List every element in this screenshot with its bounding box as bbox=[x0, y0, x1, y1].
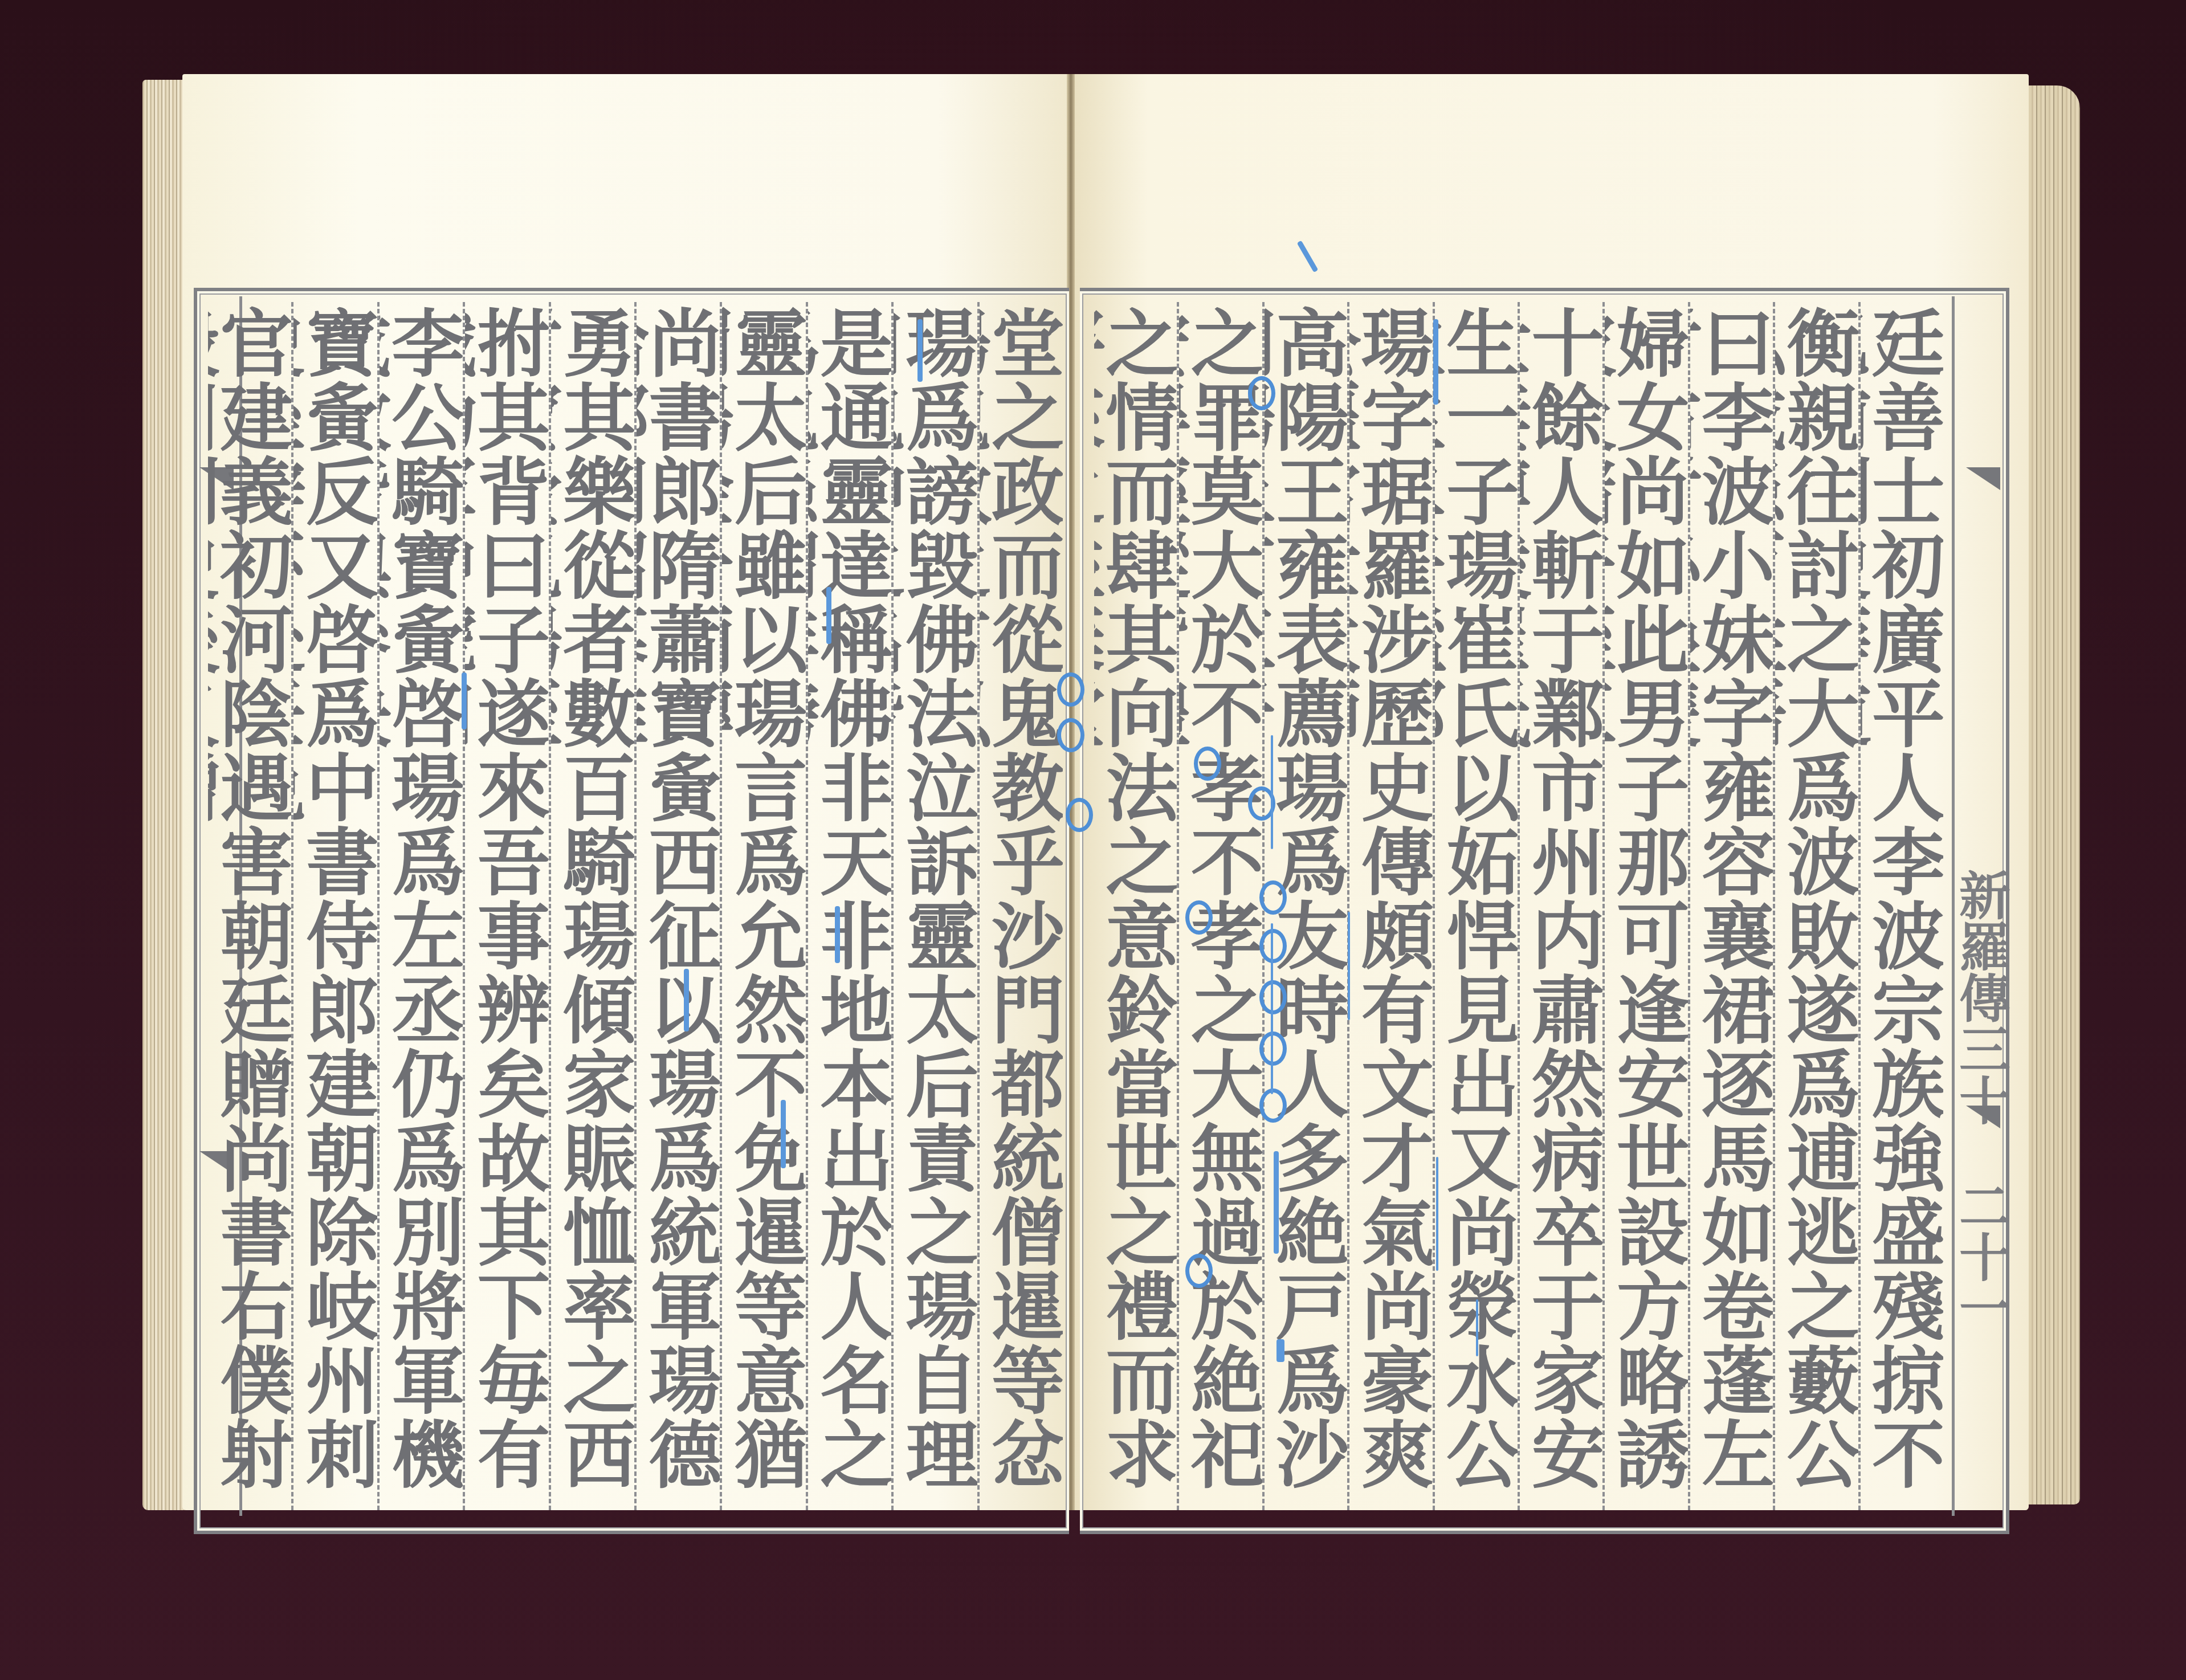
annotation-circle-icon bbox=[1248, 376, 1275, 410]
annotation-underline-icon bbox=[1274, 1151, 1279, 1254]
text-column: 堂之政而從鬼教乎沙門都統僧暹等忿瑒鬼教之言以 bbox=[977, 302, 1063, 1510]
annotation-underline-icon bbox=[826, 587, 831, 644]
text-column: 婦女尚如此男子那可逢安世設方略誘波及諸子姪三 bbox=[1602, 302, 1687, 1510]
annotation-underline-icon bbox=[1271, 923, 1273, 1094]
fish-tail-top-icon bbox=[1966, 467, 2000, 490]
annotation-circle-icon bbox=[1259, 929, 1287, 963]
annotation-circle-icon bbox=[1185, 1254, 1213, 1288]
annotation-circle-icon bbox=[1066, 798, 1093, 832]
right-banxin: 新羅傳三十 二十一 bbox=[1952, 296, 2017, 1516]
text-column: 生一子瑒崔氏以妬悍見出又尚滎水公主生二子謐郁 bbox=[1433, 302, 1518, 1510]
text-column: 廷善士初廣平人李波宗族強盛殘掠不已前刺史薛道 bbox=[1858, 302, 1943, 1510]
text-column: 拊其背曰子遂來吾事辨矣故其下毎有戰功軍中號曰 bbox=[463, 302, 548, 1510]
text-column: 李公騎寶夤啓瑒爲左丞仍爲別將軍機戎政皆與參決 bbox=[377, 302, 463, 1510]
annotation-underline-icon bbox=[835, 906, 840, 963]
left-page-text: 堂之政而從鬼教乎沙門都統僧暹等忿瑒鬼教之言以 瑒爲謗毀佛法泣訴靈太后責之瑒自理曰… bbox=[208, 302, 1063, 1510]
annotation-circle-icon bbox=[1057, 718, 1084, 752]
annotation-circle-icon bbox=[1259, 1031, 1287, 1066]
text-column: 之情而肆其向法之意鈴當世之禮而求將來之益棄堂 bbox=[1094, 302, 1177, 1510]
annotation-underline-icon bbox=[1436, 1157, 1438, 1271]
text-column: 曰李波小妹字雍容襄裙逐馬如卷蓬左射右射必疊雙 bbox=[1688, 302, 1773, 1510]
annotation-underline-icon bbox=[781, 1100, 786, 1168]
left-page-stack-edge bbox=[142, 80, 185, 1510]
text-column: 官建義初河陰遇害朝廷贈尚書右僕射殷州刺史後又贈 bbox=[208, 302, 291, 1510]
annotation-underline-icon bbox=[462, 672, 467, 729]
text-column: 十餘人斬于鄴市州内肅然病卒于家安世妻博陵崔氏 bbox=[1518, 302, 1602, 1510]
fish-tail-bottom-icon bbox=[1966, 1106, 2000, 1128]
text-column: 寶夤反又啓爲中書侍郎建朝除岐州刺史坐辭不赴任免 bbox=[291, 302, 377, 1510]
text-column: 衡親往討之大爲波敗遂爲逋逃之藪公私成患百姓語 bbox=[1773, 302, 1858, 1510]
text-column: 瑒字琚羅涉歷史傳頗有文才氣尚豪爽公彊當世太師 bbox=[1347, 302, 1432, 1510]
annotation-underline-icon bbox=[1348, 912, 1350, 1020]
banxin-title: 新羅傳三十 bbox=[1943, 687, 2017, 1126]
text-column: 勇其樂從者數百騎瑒傾家賑恤率之西討寶夤見瑒至 bbox=[549, 302, 634, 1510]
text-column: 是通靈達稱佛非天非地本出於人名之爲鬼愚謂非謗 bbox=[806, 302, 891, 1510]
text-column: 瑒爲謗毀佛法泣訴靈太后責之瑒自理曰鬼神之名皆 bbox=[891, 302, 977, 1510]
text-column: 靈太后雖以瑒言爲允然不免暹等意猶罰瑒金一兩轉 bbox=[720, 302, 805, 1510]
annotation-underline-icon bbox=[1433, 319, 1438, 405]
text-column: 尚書郎隋蕭寶夤西征以瑒爲統軍瑒德洽鄉閭招募雄 bbox=[634, 302, 720, 1510]
annotation-underline-icon bbox=[917, 319, 923, 382]
right-page-text: 廷善士初廣平人李波宗族強盛殘掠不已前刺史薛道 衡親往討之大爲波敗遂爲逋逃之藪公私… bbox=[1094, 302, 1943, 1510]
annotation-circle-icon bbox=[1057, 672, 1084, 707]
annotation-underline-icon bbox=[684, 969, 689, 1031]
annotation-circle-icon bbox=[1194, 747, 1221, 781]
annotation-dot-icon bbox=[1276, 1339, 1284, 1362]
annotation-circle-icon bbox=[1259, 1088, 1287, 1123]
banxin-page-number: 二十一 bbox=[1943, 1180, 2017, 1334]
annotation-underline-icon bbox=[1476, 1299, 1478, 1356]
annotation-circle-icon bbox=[1185, 900, 1213, 935]
annotation-circle-icon bbox=[1259, 980, 1287, 1014]
annotation-circle-icon bbox=[1259, 880, 1287, 915]
right-page-stack-edge bbox=[2023, 85, 2080, 1504]
annotation-underline-icon bbox=[1271, 735, 1273, 849]
